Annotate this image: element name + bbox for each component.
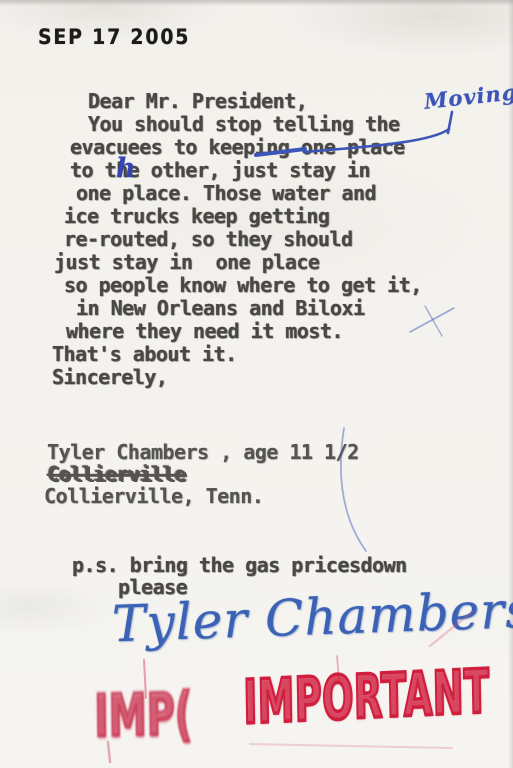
scan-edge-right bbox=[508, 0, 513, 768]
signer-city-line: Collierville, Tenn. bbox=[44, 485, 263, 508]
letter-line: in New Orleans and Biloxi bbox=[76, 297, 365, 320]
scanned-letter: SEP 17 2005 Dear Mr. President, You shou… bbox=[0, 0, 513, 768]
letter-line: so people know where to get it, bbox=[64, 274, 422, 297]
letter-line: one place. Those water and bbox=[76, 182, 376, 205]
handwritten-inserted-h: h bbox=[116, 153, 136, 184]
handwritten-correction-moving: Moving bbox=[423, 79, 513, 114]
scan-edge-top bbox=[0, 0, 513, 6]
signer-name-line: Tyler Chambers , age 11 1/2 bbox=[47, 441, 359, 464]
letter-line: where they need it most. bbox=[66, 320, 343, 343]
important-stamp-partial: IMP( bbox=[94, 679, 193, 750]
date-stamp: SEP 17 2005 bbox=[38, 25, 190, 49]
overstruck-city-line: Collierville bbox=[47, 463, 186, 486]
letter-line: That's about it. bbox=[52, 343, 237, 366]
letter-line: re-routed, so they should bbox=[64, 228, 353, 251]
letter-line: Sincerely, bbox=[52, 366, 167, 389]
letter-line: You should stop telling the bbox=[88, 113, 400, 136]
important-stamp: IMPORTANT bbox=[243, 657, 490, 738]
letter-line: to the other, just stay in bbox=[70, 159, 370, 182]
postscript-line: p.s. bring the gas pricesdown bbox=[72, 554, 407, 577]
letter-line: Dear Mr. President, bbox=[88, 90, 307, 113]
letter-line: ice trucks keep getting bbox=[64, 205, 329, 228]
letter-line: just stay in one place bbox=[54, 251, 319, 274]
